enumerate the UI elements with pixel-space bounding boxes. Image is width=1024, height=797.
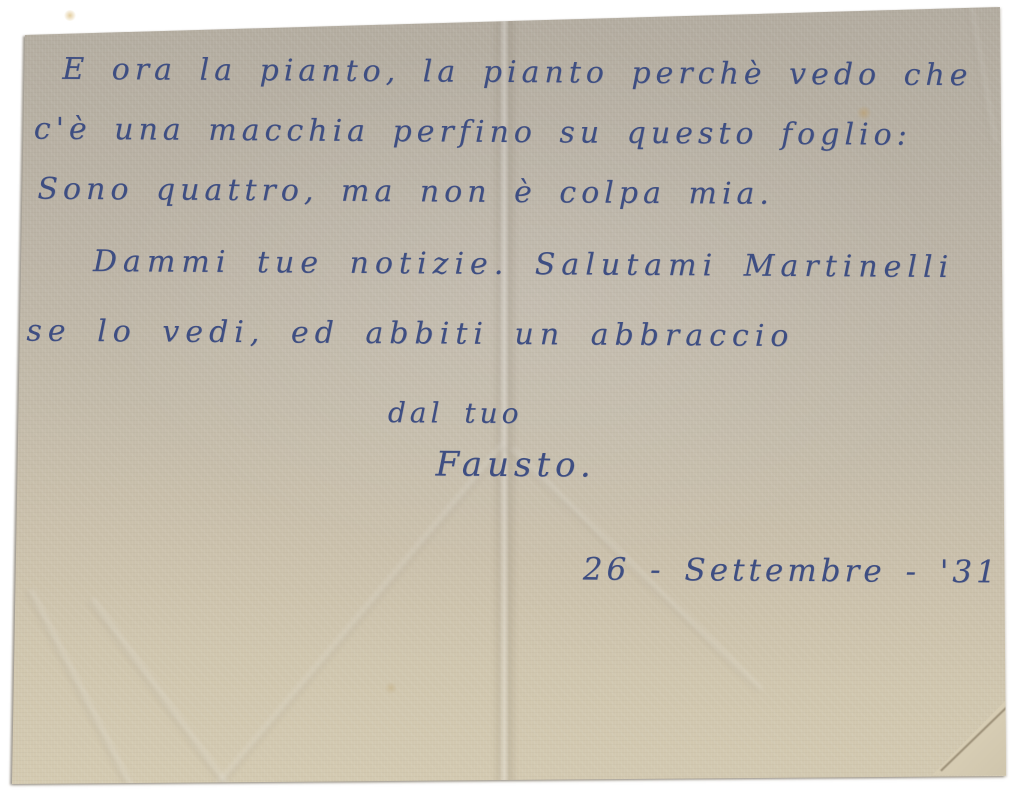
letter-body-line-1: E ora la pianto, la pianto perchè vedo c…	[62, 55, 972, 91]
letter-body-line-5: se lo vedi, ed abbiti un abbraccio	[26, 317, 794, 352]
scan-background: E ora la pianto, la pianto perchè vedo c…	[0, 0, 1024, 797]
letter-paper: E ora la pianto, la pianto perchè vedo c…	[0, 0, 1024, 797]
paper-stain	[64, 10, 76, 21]
handwritten-text: E ora la pianto, la pianto perchè vedo c…	[0, 0, 1024, 797]
letter-closing: dal tuo	[388, 399, 523, 428]
letter-date: 26 - Settembre - '31	[583, 554, 1000, 588]
letter-signature: Fausto.	[435, 447, 595, 482]
paper-shadow: E ora la pianto, la pianto perchè vedo c…	[0, 0, 1024, 797]
letter-body-line-3: Sono quattro, ma non è colpa mia.	[37, 175, 774, 210]
letter-body-line-2: c'è una macchia perfino su questo foglio…	[34, 115, 912, 151]
letter-body-line-4: Dammi tue notizie. Salutami Martinelli	[93, 247, 954, 283]
